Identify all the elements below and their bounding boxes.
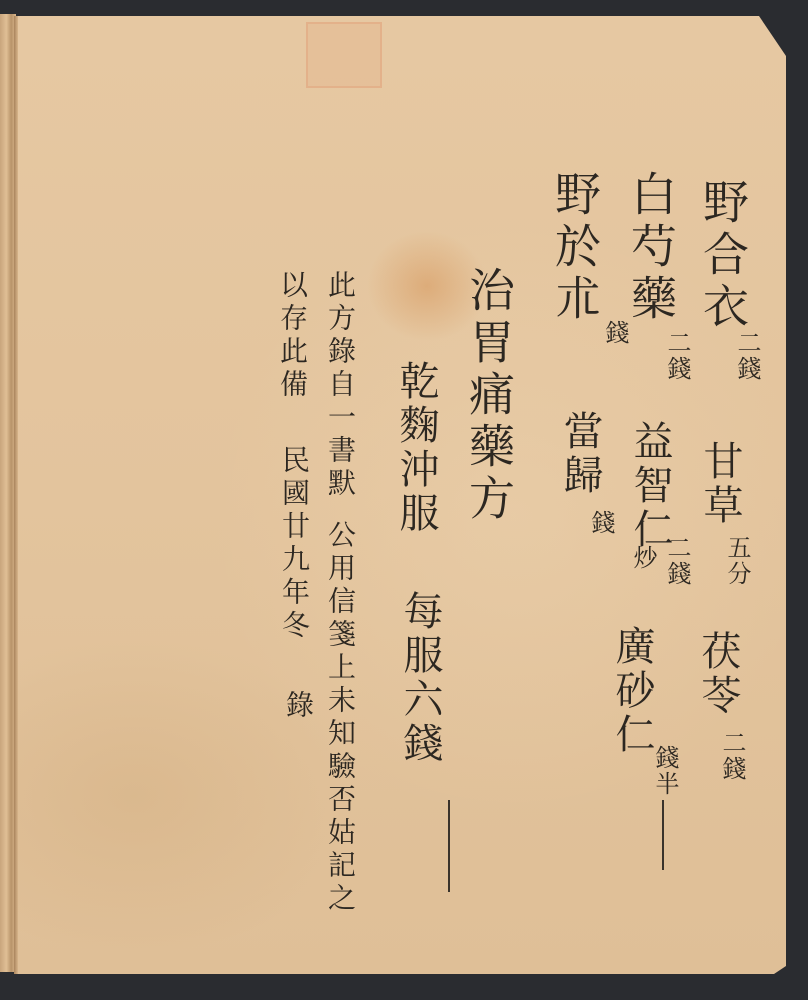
ingredient-note-5: 炒 bbox=[626, 545, 661, 571]
brush-tail-stroke bbox=[448, 800, 450, 892]
note-line-4: 民國廿九年冬 bbox=[280, 445, 308, 643]
brush-tail-stroke bbox=[662, 800, 664, 870]
ingredient-name-1: 野合衣 bbox=[690, 178, 756, 334]
ingredient-dose-5: 二錢 bbox=[660, 535, 695, 587]
ingredient-dose-2: 五分 bbox=[720, 535, 755, 587]
note-line-1: 此方錄自一書默 bbox=[326, 270, 354, 501]
dosage-instruction-2: 每服六錢 bbox=[400, 590, 440, 766]
library-seal-stamp bbox=[306, 22, 382, 88]
ingredient-name-3: 茯苓 bbox=[690, 630, 747, 718]
note-line-3: 以存此備 bbox=[278, 270, 306, 402]
note-line-2: 公用信箋上未知驗否姑記之 bbox=[326, 520, 354, 916]
recipe-title: 治胃痛藥方 bbox=[466, 266, 512, 526]
ingredient-name-8: 當歸 bbox=[552, 410, 609, 498]
dosage-instruction-1: 乾麴沖服 bbox=[396, 360, 436, 536]
ingredient-name-2: 甘草 bbox=[692, 440, 749, 528]
ingredient-dose-3: 二錢 bbox=[715, 730, 750, 782]
ingredient-name-4: 白芍藥 bbox=[618, 170, 684, 326]
ingredient-name-7: 野於朮 bbox=[542, 170, 608, 326]
ingredient-dose-6: 錢半 bbox=[648, 745, 683, 797]
ingredient-dose-7: 錢 bbox=[598, 320, 633, 346]
ingredient-dose-4: 二錢 bbox=[660, 330, 695, 382]
ingredient-dose-1: 二錢 bbox=[730, 330, 765, 382]
ingredient-dose-8: 錢 bbox=[584, 510, 619, 536]
note-line-5: 錄 bbox=[284, 690, 312, 723]
ingredient-name-5: 益智仁 bbox=[622, 420, 679, 552]
page-fold bbox=[14, 16, 18, 974]
ingredient-name-6: 廣砂仁 bbox=[604, 625, 661, 757]
